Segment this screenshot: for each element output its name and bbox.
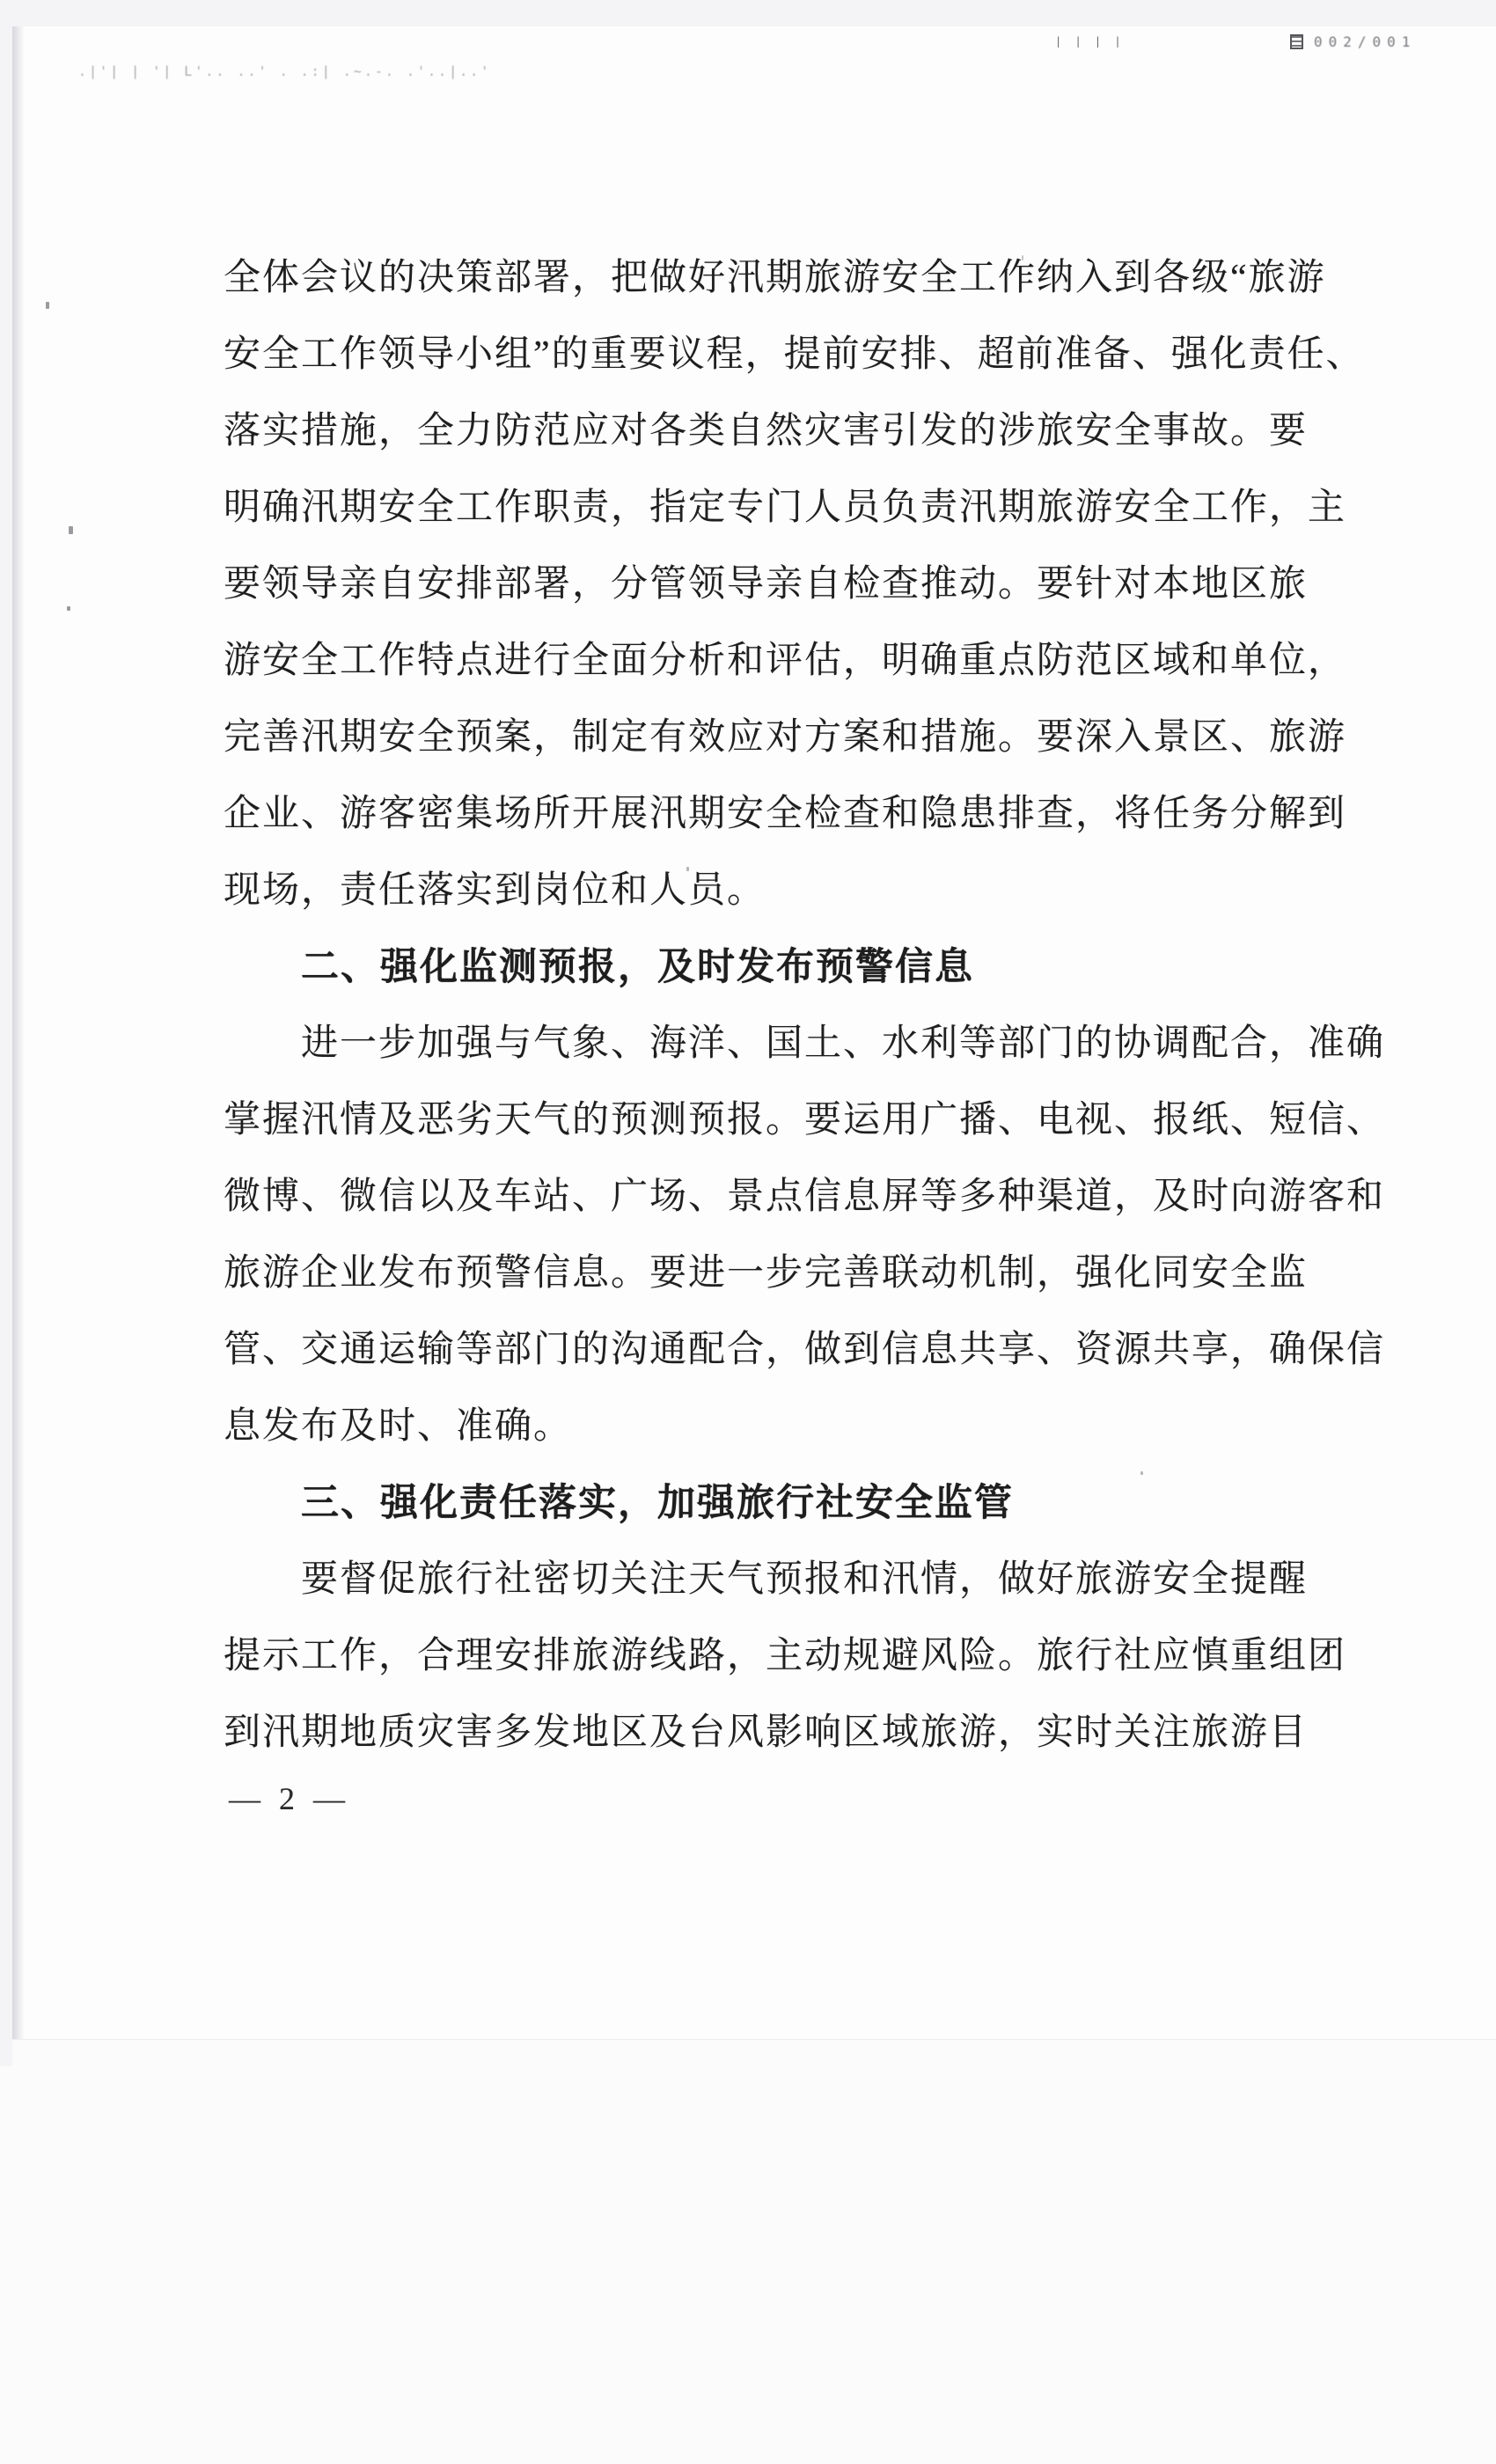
body-line: 管、交通运输等部门的沟通配合，做到信息共享、资源共享，确保信 <box>224 1312 1315 1389</box>
scan-speck <box>1140 1471 1143 1475</box>
body-line: 游安全工作特点进行全面分析和评估，明确重点防范区域和单位， <box>224 623 1315 700</box>
body-line: 全体会议的决策部署，把做好汛期旅游安全工作纳入到各级“旅游 <box>224 240 1315 317</box>
fax-header-noise: .|'| | '| L'.. ..' . .:| .~.-. .'..|..' <box>78 63 378 79</box>
body-line: 落实措施，全力防范应对各类自然灾害引发的涉旅安全事故。要 <box>224 393 1315 470</box>
scan-speck <box>67 606 70 611</box>
body-line: 要领导亲自安排部署，分管领导亲自检查推动。要针对本地区旅 <box>224 546 1315 623</box>
fax-page-stamp: 002/001 <box>1290 33 1416 50</box>
body-line: 提示工作，合理安排旅游线路，主动规避风险。旅行社应慎重组团 <box>224 1618 1315 1695</box>
body-line: 要督促旅行社密切关注天气预报和汛情，做好旅游安全提醒 <box>224 1542 1315 1618</box>
body-line: 进一步加强与气象、海洋、国土、水利等部门的协调配合，准确 <box>224 1006 1315 1082</box>
scan-speck <box>69 526 73 534</box>
background-top-strip <box>0 0 1496 26</box>
body-line: 明确汛期安全工作职责，指定专门人员负责汛期旅游安全工作，主 <box>224 470 1315 546</box>
scan-speck <box>1022 255 1023 260</box>
fax-tick-marks: | | | | <box>1055 35 1125 48</box>
body-line: 掌握汛情及恶劣天气的预测预报。要运用广播、电视、报纸、短信、 <box>224 1082 1315 1159</box>
background-left-gutter <box>0 0 12 2066</box>
document-body: 全体会议的决策部署，把做好汛期旅游安全工作纳入到各级“旅游 安全工作领导小组”的… <box>224 240 1315 1771</box>
body-line: 到汛期地质灾害多发地区及台风影响区域旅游，实时关注旅游目 <box>224 1695 1315 1771</box>
body-line: 安全工作领导小组”的重要议程，提前安排、超前准备、强化责任、 <box>224 317 1315 393</box>
body-line: 完善汛期安全预案，制定有效应对方案和措施。要深入景区、旅游 <box>224 700 1315 776</box>
scan-speck <box>686 867 689 871</box>
scanned-document-page: .|'| | '| L'.. ..' . .:| .~.-. .'..|..' … <box>12 26 1496 2040</box>
body-line: 息发布及时、准确。 <box>224 1389 1315 1465</box>
body-line: 企业、游客密集场所开展汛期安全检查和隐患排查，将任务分解到 <box>224 776 1315 853</box>
stamp-digits: 002/001 <box>1314 33 1416 50</box>
body-line: 旅游企业发布预警信息。要进一步完善联动机制，强化同安全监 <box>224 1236 1315 1312</box>
section-2-heading: 二、强化监测预报，及时发布预警信息 <box>224 929 1315 1006</box>
stamp-glyph-icon <box>1290 34 1303 49</box>
scan-speck <box>46 302 49 309</box>
page-number: — 2 — <box>229 1780 350 1817</box>
body-line: 现场，责任落实到岗位和人员。 <box>224 853 1315 929</box>
section-3-heading: 三、强化责任落实，加强旅行社安全监管 <box>224 1465 1315 1542</box>
body-line: 微博、微信以及车站、广场、景点信息屏等多种渠道，及时向游客和 <box>224 1159 1315 1236</box>
